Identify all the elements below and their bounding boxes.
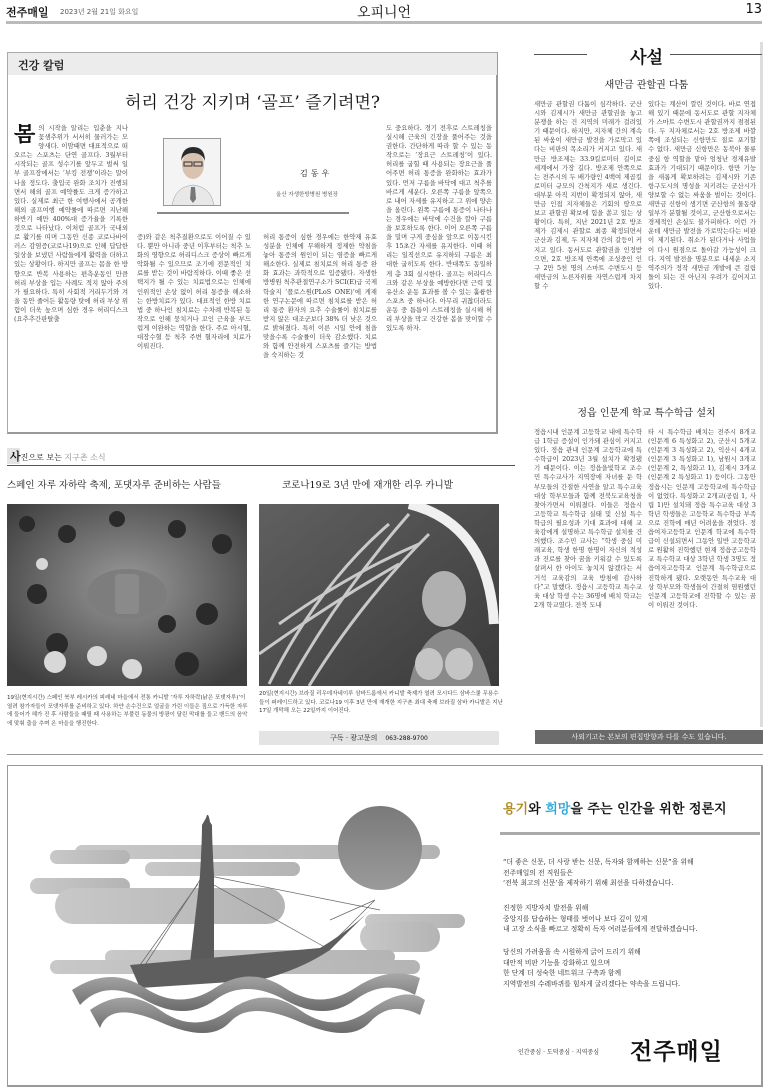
photo1-caption: 19일(현지시간) 스페인 북부 레시카의 피레네 마을에서 전통 카니발 ‘자… — [7, 694, 251, 728]
column-label: 건강 칼럼 — [8, 53, 497, 75]
ad-paragraph-2: 진정한 지방자치 발전을 위해 중앙지를 답습하는 형태를 벗어나 보다 깊이 … — [503, 903, 698, 935]
carnival-photo-icon — [259, 504, 499, 686]
ad-slogan: 용기와 희망을 주는 인간을 위한 정론지 — [503, 798, 727, 817]
contributor-notice: 사외기고는 본보의 편집방향과 다를 수도 있습니다. — [535, 730, 763, 744]
author-photo — [163, 138, 221, 206]
dropcap: 봄 — [14, 124, 35, 144]
editorial2-col2: 타 시 특수학급 배치는 전주시 8개교(인문계 6 특성화고 2), 군산시 … — [648, 428, 756, 712]
photo1-title: 스페인 자루 자하락 축제, 포댓자루 준비하는 사람들 — [7, 477, 221, 491]
photo-sack-festival — [7, 504, 247, 686]
photo-news-heading: 사진으로 보는 지구촌 소식 — [10, 448, 106, 464]
portrait-icon — [164, 139, 221, 206]
crowd-photo-icon — [7, 504, 247, 686]
column-title: 허리 건강 지키며 ‘골프’ 즐기려면? — [8, 88, 497, 113]
pen-ship-icon — [30, 800, 480, 1060]
photo2-title: 코로나19로 3년 만에 재개한 리우 카니발 — [282, 477, 453, 491]
photo-rio-carnival — [259, 504, 499, 686]
author-affiliation: 울산 자생한방병원 병원장 — [276, 190, 338, 198]
photo-divider — [157, 212, 349, 214]
column-text-col4: 도 중요하다. 경기 전후로 스트레칭을 실시해 근육의 긴장을 풀어주는 것을… — [386, 124, 492, 424]
editorial1-col2: 있다는 계산이 깔린 것이다. 바로 연접해 있기 때문에 동서도로 관할 지자… — [648, 100, 756, 396]
ad-logo: 전주매일 — [630, 1033, 723, 1066]
page-number: 13 — [745, 2, 762, 17]
editorial-title-2: 정읍 인문계 학교 특수학급 설치 — [530, 404, 763, 419]
column-text-col1: 봄의 시작을 알리는 입춘을 지나 꽃샘추위가 서서히 물러가는 모양새다. 이… — [14, 124, 128, 424]
section-divider — [7, 754, 763, 755]
editorial-title-1: 새만금 관할권 다툼 — [530, 76, 763, 91]
section-title: 오피니언 — [0, 2, 768, 22]
ad-paragraph-1: “더 좋은 신문, 더 사랑 받는 신문, 독자와 함께하는 신문”을 위해 전… — [503, 857, 694, 889]
subscription-info: 구독 · 광고문의063-288-9700 — [259, 731, 499, 745]
ad-motto: 인간중심 · 도덕중심 · 지역중심 — [518, 1047, 599, 1056]
subscription-phone: 063-288-9700 — [385, 735, 428, 742]
editorial2-col1: 정읍시내 인문계 고등학교 내에 특수학급 1학급 증설이 인가돼 관심이 커지… — [534, 428, 642, 712]
photo-news-rule — [7, 465, 515, 466]
author-name: 김동우 — [300, 168, 332, 179]
editorial1-col1: 새만금 관할권 다툼이 심각하다. 군산시와 김제시가 새만금 관할권을 놓고 … — [534, 100, 642, 396]
ship-illustration — [30, 800, 480, 1060]
ad-paragraph-3: 당신의 가려움을 속 시원하게 긁어 드리기 위해 대안적 비판 기능을 강화하… — [503, 947, 680, 989]
editorial-heading: 사설 — [530, 43, 763, 68]
column-text-col2: 증)와 같은 척추질환으로도 이어질 수 있다. 뿐만 아니라 중년 이후부터는… — [137, 233, 251, 423]
ad-divider — [500, 832, 760, 835]
column-text-col3: 허리 통증이 심한 경우에는 한약재 유효성분을 인체에 무해하게 정제한 약침… — [263, 233, 377, 423]
header-divider — [6, 21, 762, 24]
photo2-caption: 20일(현지시간) 브라질 리우데자네이루 삼바드롬에서 카니발 축제가 열려 … — [259, 690, 503, 716]
